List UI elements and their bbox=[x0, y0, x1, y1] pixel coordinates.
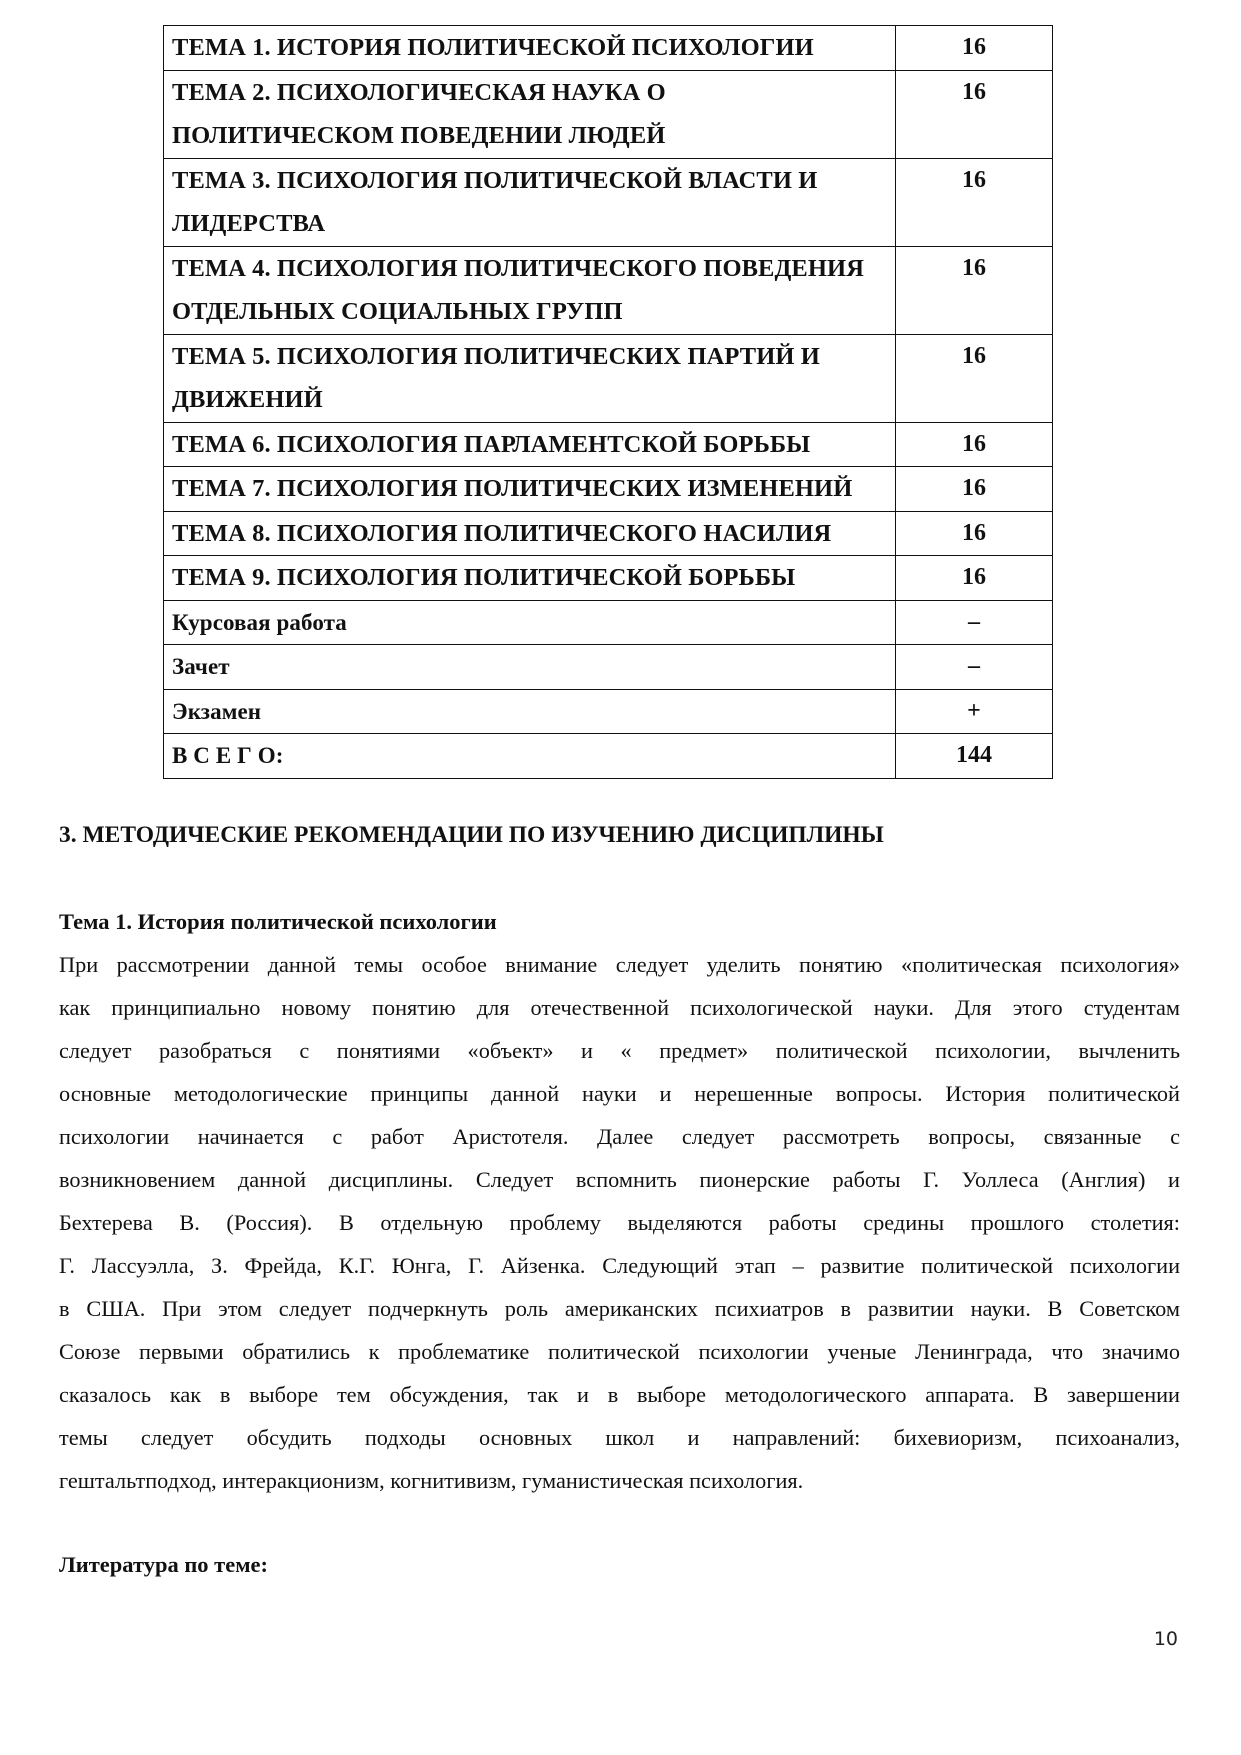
hours-table: ТЕМА 1. ИСТОРИЯ ПОЛИТИЧЕСКОЙ ПСИХОЛОГИИ1… bbox=[163, 25, 1053, 779]
table-row: Экзамен+ bbox=[164, 689, 1053, 734]
topic-cell: ТЕМА 6. ПСИХОЛОГИЯ ПАРЛАМЕНТСКОЙ БОРЬБЫ bbox=[164, 422, 896, 467]
paragraph-line: гештальтподход, интеракционизм, когнитив… bbox=[59, 1459, 1180, 1502]
hours-cell: 16 bbox=[896, 556, 1053, 601]
table-row: ТЕМА 3. ПСИХОЛОГИЯ ПОЛИТИЧЕСКОЙ ВЛАСТИ И… bbox=[164, 158, 1053, 246]
paragraph-line: следует разобраться с понятиями «объект»… bbox=[59, 1029, 1180, 1072]
topic-cell: ТЕМА 5. ПСИХОЛОГИЯ ПОЛИТИЧЕСКИХ ПАРТИЙ И… bbox=[164, 334, 896, 422]
hours-cell: 16 bbox=[896, 334, 1053, 422]
paragraph-line: психологии начинается с работ Аристотеля… bbox=[59, 1115, 1180, 1158]
topic-cell: Курсовая работа bbox=[164, 600, 896, 645]
topic-cell: ТЕМА 3. ПСИХОЛОГИЯ ПОЛИТИЧЕСКОЙ ВЛАСТИ И… bbox=[164, 158, 896, 246]
hours-table-body: ТЕМА 1. ИСТОРИЯ ПОЛИТИЧЕСКОЙ ПСИХОЛОГИИ1… bbox=[164, 26, 1053, 779]
paragraph-line: сказалось как в выборе тем обсуждения, т… bbox=[59, 1373, 1180, 1416]
table-row: ТЕМА 6. ПСИХОЛОГИЯ ПАРЛАМЕНТСКОЙ БОРЬБЫ1… bbox=[164, 422, 1053, 467]
topic-cell: ТЕМА 4. ПСИХОЛОГИЯ ПОЛИТИЧЕСКОГО ПОВЕДЕН… bbox=[164, 246, 896, 334]
paragraph-line: в США. При этом следует подчеркнуть роль… bbox=[59, 1287, 1180, 1330]
paragraph-line: возникновением данной дисциплины. Следуе… bbox=[59, 1158, 1180, 1201]
hours-cell: 16 bbox=[896, 70, 1053, 158]
topic-line: ТЕМА 3. ПСИХОЛОГИЯ ПОЛИТИЧЕСКОЙ ВЛАСТИ И bbox=[172, 159, 887, 203]
table-row: ТЕМА 7. ПСИХОЛОГИЯ ПОЛИТИЧЕСКИХ ИЗМЕНЕНИ… bbox=[164, 467, 1053, 512]
topic-line: ТЕМА 8. ПСИХОЛОГИЯ ПОЛИТИЧЕСКОГО НАСИЛИЯ bbox=[172, 512, 887, 556]
topic-cell: Экзамен bbox=[164, 689, 896, 734]
topic-cell: ТЕМА 9. ПСИХОЛОГИЯ ПОЛИТИЧЕСКОЙ БОРЬБЫ bbox=[164, 556, 896, 601]
hours-cell: + bbox=[896, 689, 1053, 734]
topic-paragraph: При рассмотрении данной темы особое вним… bbox=[59, 943, 1180, 1502]
hours-cell: 16 bbox=[896, 467, 1053, 512]
topic-line: ТЕМА 1. ИСТОРИЯ ПОЛИТИЧЕСКОЙ ПСИХОЛОГИИ bbox=[172, 26, 887, 70]
hours-cell: 16 bbox=[896, 422, 1053, 467]
table-row: Зачет– bbox=[164, 645, 1053, 690]
topic-line: ТЕМА 9. ПСИХОЛОГИЯ ПОЛИТИЧЕСКОЙ БОРЬБЫ bbox=[172, 556, 887, 600]
literature-heading: Литература по теме: bbox=[59, 1550, 268, 1580]
paragraph-line: Союзе первыми обратились к проблематике … bbox=[59, 1330, 1180, 1373]
hours-cell: 16 bbox=[896, 246, 1053, 334]
topic-cell: Зачет bbox=[164, 645, 896, 690]
topic-cell: ТЕМА 1. ИСТОРИЯ ПОЛИТИЧЕСКОЙ ПСИХОЛОГИИ bbox=[164, 26, 896, 71]
table-row: ТЕМА 4. ПСИХОЛОГИЯ ПОЛИТИЧЕСКОГО ПОВЕДЕН… bbox=[164, 246, 1053, 334]
hours-cell: 16 bbox=[896, 158, 1053, 246]
topic-heading: Тема 1. История политической психологии bbox=[59, 907, 497, 937]
table-row: ТЕМА 5. ПСИХОЛОГИЯ ПОЛИТИЧЕСКИХ ПАРТИЙ И… bbox=[164, 334, 1053, 422]
table-row: ТЕМА 2. ПСИХОЛОГИЧЕСКАЯ НАУКА ОПОЛИТИЧЕС… bbox=[164, 70, 1053, 158]
hours-cell: – bbox=[896, 645, 1053, 690]
table-row: ТЕМА 1. ИСТОРИЯ ПОЛИТИЧЕСКОЙ ПСИХОЛОГИИ1… bbox=[164, 26, 1053, 71]
topic-cell: ТЕМА 8. ПСИХОЛОГИЯ ПОЛИТИЧЕСКОГО НАСИЛИЯ bbox=[164, 511, 896, 556]
topic-line: В С Е Г О: bbox=[172, 734, 887, 778]
topic-line: ТЕМА 6. ПСИХОЛОГИЯ ПАРЛАМЕНТСКОЙ БОРЬБЫ bbox=[172, 423, 887, 467]
topic-cell: В С Е Г О: bbox=[164, 734, 896, 779]
table-row: ТЕМА 8. ПСИХОЛОГИЯ ПОЛИТИЧЕСКОГО НАСИЛИЯ… bbox=[164, 511, 1053, 556]
hours-cell: 144 bbox=[896, 734, 1053, 779]
table-row: ТЕМА 9. ПСИХОЛОГИЯ ПОЛИТИЧЕСКОЙ БОРЬБЫ16 bbox=[164, 556, 1053, 601]
paragraph-line: При рассмотрении данной темы особое вним… bbox=[59, 943, 1180, 986]
table-row: В С Е Г О:144 bbox=[164, 734, 1053, 779]
topic-line: Экзамен bbox=[172, 690, 887, 734]
paragraph-line: Г. Лассуэлла, З. Фрейда, К.Г. Юнга, Г. А… bbox=[59, 1244, 1180, 1287]
page-number: 10 bbox=[1154, 1627, 1178, 1651]
hours-cell: 16 bbox=[896, 26, 1053, 71]
topic-line: Курсовая работа bbox=[172, 601, 887, 645]
document-page: ТЕМА 1. ИСТОРИЯ ПОЛИТИЧЕСКОЙ ПСИХОЛОГИИ1… bbox=[0, 0, 1241, 1755]
paragraph-line: Бехтерева В. (Россия). В отдельную пробл… bbox=[59, 1201, 1180, 1244]
topic-line: ТЕМА 7. ПСИХОЛОГИЯ ПОЛИТИЧЕСКИХ ИЗМЕНЕНИ… bbox=[172, 467, 887, 511]
topic-cell: ТЕМА 2. ПСИХОЛОГИЧЕСКАЯ НАУКА ОПОЛИТИЧЕС… bbox=[164, 70, 896, 158]
topic-line: ДВИЖЕНИЙ bbox=[172, 378, 887, 422]
section-heading: 3. МЕТОДИЧЕСКИЕ РЕКОМЕНДАЦИИ ПО ИЗУЧЕНИЮ… bbox=[59, 820, 884, 850]
hours-cell: 16 bbox=[896, 511, 1053, 556]
topic-line: ТЕМА 5. ПСИХОЛОГИЯ ПОЛИТИЧЕСКИХ ПАРТИЙ И bbox=[172, 335, 887, 379]
topic-line: ПОЛИТИЧЕСКОМ ПОВЕДЕНИИ ЛЮДЕЙ bbox=[172, 114, 887, 158]
topic-cell: ТЕМА 7. ПСИХОЛОГИЯ ПОЛИТИЧЕСКИХ ИЗМЕНЕНИ… bbox=[164, 467, 896, 512]
topic-line: ОТДЕЛЬНЫХ СОЦИАЛЬНЫХ ГРУПП bbox=[172, 290, 887, 334]
topic-line: Зачет bbox=[172, 645, 887, 689]
paragraph-line: основные методологические принципы данно… bbox=[59, 1072, 1180, 1115]
paragraph-line: темы следует обсудить подходы основных ш… bbox=[59, 1416, 1180, 1459]
topic-line: ТЕМА 4. ПСИХОЛОГИЯ ПОЛИТИЧЕСКОГО ПОВЕДЕН… bbox=[172, 247, 887, 291]
hours-cell: – bbox=[896, 600, 1053, 645]
topic-line: ЛИДЕРСТВА bbox=[172, 202, 887, 246]
table-row: Курсовая работа– bbox=[164, 600, 1053, 645]
paragraph-line: как принципиально новому понятию для оте… bbox=[59, 986, 1180, 1029]
topic-line: ТЕМА 2. ПСИХОЛОГИЧЕСКАЯ НАУКА О bbox=[172, 71, 887, 115]
